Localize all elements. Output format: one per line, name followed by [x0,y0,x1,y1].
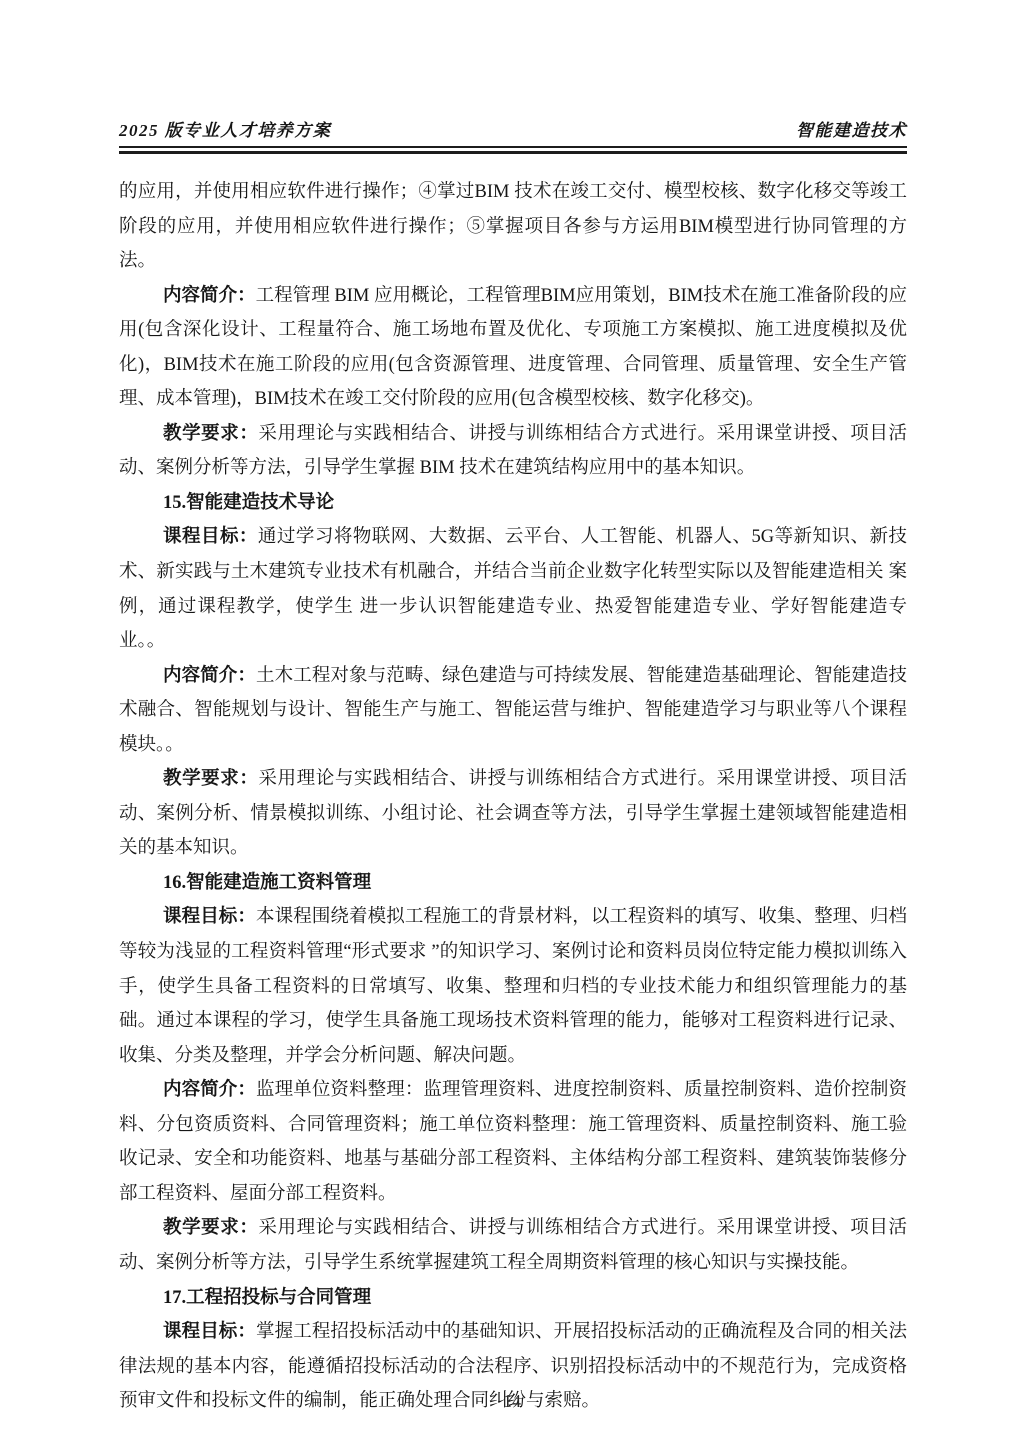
document-body: 的应用，并使用相应软件进行操作；④掌过BIM 技术在竣工交付、模型校核、数字化移… [119,175,907,1419]
body-paragraph: 的应用，并使用相应软件进行操作；④掌过BIM 技术在竣工交付、模型校核、数字化移… [119,175,907,279]
body-paragraph: 课程目标：通过学习将物联网、大数据、云平台、人工智能、机器人、5G等新知识、新技… [119,520,907,658]
paragraph-label: 教学要求： [163,424,258,444]
header-left-title: 2025 版专业人才培养方案 [119,116,331,141]
paragraph-label: 课程目标： [163,1322,256,1342]
body-paragraph: 课程目标：本课程围绕着模拟工程施工的背景材料，以工程资料的填写、收集、整理、归档… [119,900,907,1073]
body-paragraph: 教学要求：采用理论与实践相结合、讲授与训练相结合方式进行。采用课堂讲授、项目活动… [119,762,907,866]
paragraph-label: 课程目标： [163,527,258,547]
paragraph-label: 内容简介： [163,286,256,306]
header-right-title: 智能建造技术 [796,116,907,141]
page-footer: 14 [0,1391,1024,1412]
section-heading-text: 16.智能建造施工资料管理 [163,873,371,893]
paragraph-label: 教学要求： [163,1218,258,1238]
section-heading: 17.工程招投标与合同管理 [119,1281,907,1316]
page-number: 14 [503,1391,521,1411]
page-header: 2025 版专业人才培养方案 智能建造技术 [119,116,907,141]
paragraph-text: 的应用，并使用相应软件进行操作；④掌过BIM 技术在竣工交付、模型校核、数字化移… [119,182,907,271]
body-paragraph: 教学要求：采用理论与实践相结合、讲授与训练相结合方式进行。采用课堂讲授、项目活动… [119,417,907,486]
paragraph-label: 内容简介： [163,1080,256,1100]
body-paragraph: 内容简介：监理单位资料整理：监理管理资料、进度控制资料、质量控制资料、造价控制资… [119,1073,907,1211]
section-heading: 15.智能建造技术导论 [119,486,907,521]
paragraph-label: 课程目标： [163,907,256,927]
paragraph-text: 本课程围绕着模拟工程施工的背景材料，以工程资料的填写、收集、整理、归档等较为浅显… [119,907,907,1065]
body-paragraph: 内容简介：土木工程对象与范畴、绿色建造与可持续发展、智能建造基础理论、智能建造技… [119,659,907,763]
paragraph-label: 教学要求： [163,769,258,789]
paragraph-label: 内容简介： [163,666,256,686]
section-heading-text: 17.工程招投标与合同管理 [163,1288,371,1308]
body-paragraph: 教学要求：采用理论与实践相结合、讲授与训练相结合方式进行。采用课堂讲授、项目活动… [119,1211,907,1280]
header-divider [119,146,907,154]
section-heading-text: 15.智能建造技术导论 [163,493,334,513]
body-paragraph: 内容简介：工程管理 BIM 应用概论，工程管理BIM应用策划，BIM技术在施工准… [119,279,907,417]
section-heading: 16.智能建造施工资料管理 [119,866,907,901]
document-page: 2025 版专业人才培养方案 智能建造技术 的应用，并使用相应软件进行操作；④掌… [0,0,1024,1448]
